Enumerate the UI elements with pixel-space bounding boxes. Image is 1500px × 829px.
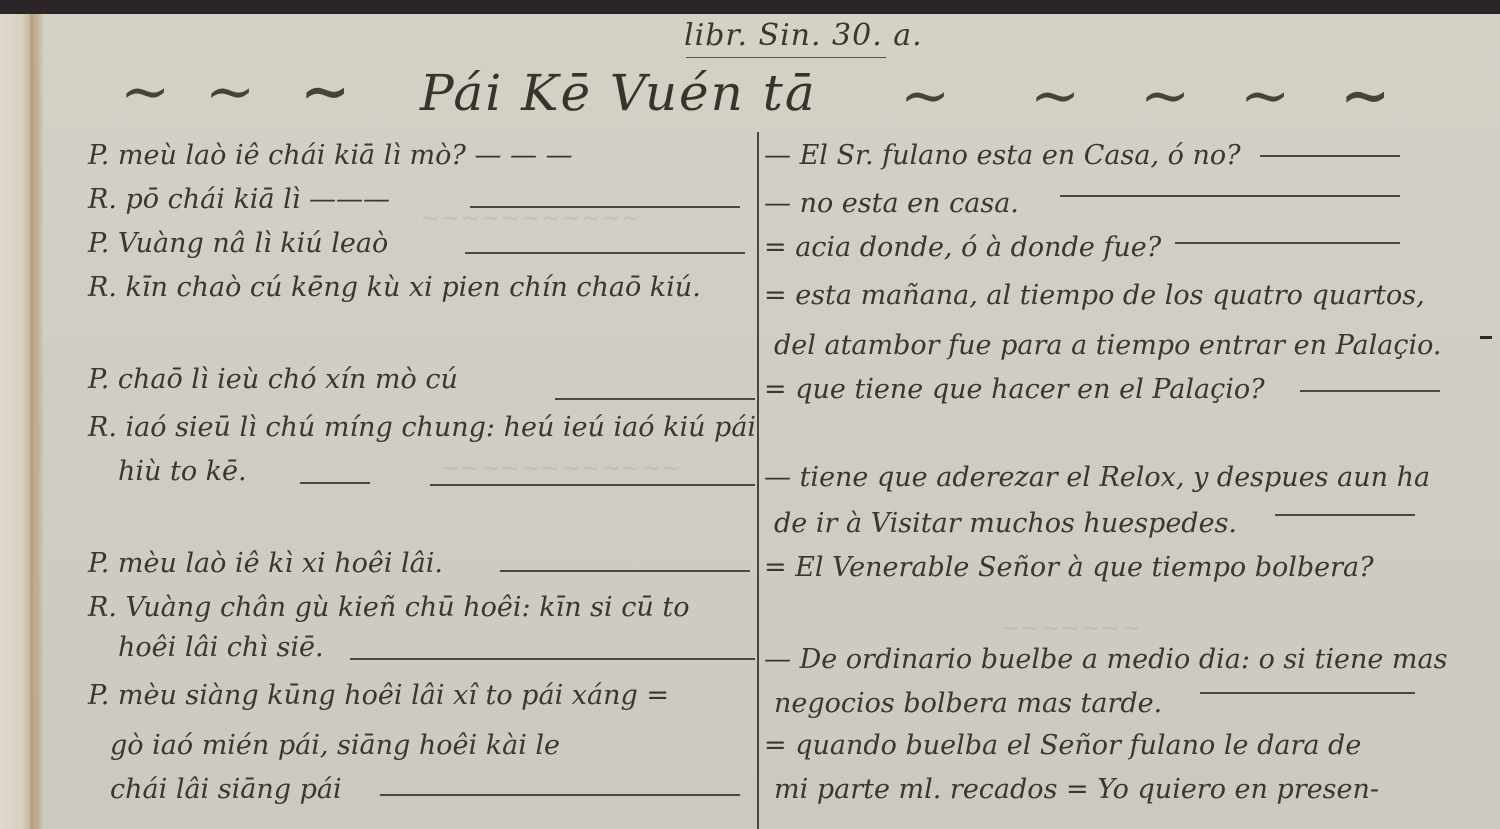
dialogue-line: R. iaó sieū lì chú míng chung: heú ieú i… xyxy=(88,412,756,443)
fill-rule xyxy=(350,658,755,660)
translation-line: — El Sr. fulano esta en Casa, ó no? xyxy=(764,140,1241,171)
translation-line: mi parte ml. recados = Yo quiero en pres… xyxy=(774,774,1379,805)
fill-rule xyxy=(1200,692,1415,694)
fill-rule xyxy=(555,398,755,400)
fill-rule xyxy=(1060,195,1400,197)
fill-rule xyxy=(500,570,750,572)
show-through-text: ~~~~~~~~~~~ xyxy=(420,204,641,232)
shelfmark: libr. Sin. 30. a. xyxy=(684,18,923,53)
fill-rule xyxy=(1175,242,1400,244)
fill-rule xyxy=(300,482,370,484)
page-title: Pái Kē Vuén tā xyxy=(420,64,817,122)
fill-rule xyxy=(465,252,745,254)
dialogue-line: R. pō chái kiā lì ——— xyxy=(88,184,390,215)
flourish-icon: ∼ xyxy=(300,62,350,122)
translation-line: del atambor fue para a tiempo entrar en … xyxy=(774,330,1442,361)
show-through-text: ~~~~~~~ xyxy=(1000,614,1141,642)
translation-line: de ir à Visitar muchos huespedes. xyxy=(774,508,1237,539)
dialogue-line: P. mèu laò iê kì xi hoêi lâi. xyxy=(88,548,443,579)
fill-rule xyxy=(380,794,740,796)
flourish-icon: ∼ xyxy=(1340,66,1390,126)
fill-rule xyxy=(470,206,740,208)
fill-rule xyxy=(1260,155,1400,157)
translation-line: = esta mañana, al tiempo de los quatro q… xyxy=(764,280,1425,311)
shelfmark-underline xyxy=(686,57,886,58)
dialogue-line: P. mèu siàng kūng hoêi lâi xî to pái xán… xyxy=(88,680,669,711)
flourish-icon: ∼ xyxy=(1240,66,1290,126)
translation-line: = acia donde, ó à donde fue? xyxy=(764,232,1161,263)
dialogue-line: P. chaō lì ieù chó xín mò cú xyxy=(88,364,458,395)
translation-line: — De ordinario buelbe a medio dia: o si … xyxy=(764,644,1447,675)
fill-rule xyxy=(1275,514,1415,516)
dialogue-line: P. Vuàng nâ lì kiú leaò xyxy=(88,228,388,259)
dialogue-line: R. Vuàng chân gù kieñ chū hoêi: kīn si c… xyxy=(88,592,689,623)
dialogue-line: chái lâi siāng pái xyxy=(110,774,342,805)
dialogue-line: hoêi lâi chì siē. xyxy=(118,632,324,663)
column-divider xyxy=(757,132,759,829)
dialogue-line: gò iaó mién pái, siāng hoêi kài le xyxy=(110,730,560,761)
fill-rule xyxy=(1300,390,1440,392)
flourish-icon: ∼ xyxy=(1140,66,1190,126)
translation-line: — tiene que aderezar el Relox, y despues… xyxy=(764,462,1430,493)
dialogue-line: P. meù laò iê chái kiā lì mò? — — — xyxy=(88,140,573,171)
translation-line: = quando buelba el Señor fulano le dara … xyxy=(764,730,1361,761)
translation-line: negocios bolbera mas tarde. xyxy=(774,688,1162,719)
fill-rule xyxy=(430,484,755,486)
gutter-stain xyxy=(30,14,44,829)
dialogue-line: R. kīn chaò cú kēng kù xi pien chín chaō… xyxy=(88,272,701,303)
flourish-icon: ∼ xyxy=(120,62,170,122)
title-row: ∼ ∼ ∼ Pái Kē Vuén tā ∼ ∼ ∼ ∼ ∼ xyxy=(110,62,1450,132)
show-through-text: ~~~~~~~~~~~~ xyxy=(440,454,681,482)
translation-line: = que tiene que hacer en el Palaçio? xyxy=(764,374,1265,405)
flourish-icon: ∼ xyxy=(205,62,255,122)
flourish-icon: ∼ xyxy=(1030,66,1080,126)
ink-mark xyxy=(1480,336,1492,339)
translation-line: — no esta en casa. xyxy=(764,188,1019,219)
dialogue-line: hiù to kē. xyxy=(118,456,247,487)
translation-line: = El Venerable Señor à que tiempo bolber… xyxy=(764,552,1374,583)
flourish-icon: ∼ xyxy=(900,66,950,126)
